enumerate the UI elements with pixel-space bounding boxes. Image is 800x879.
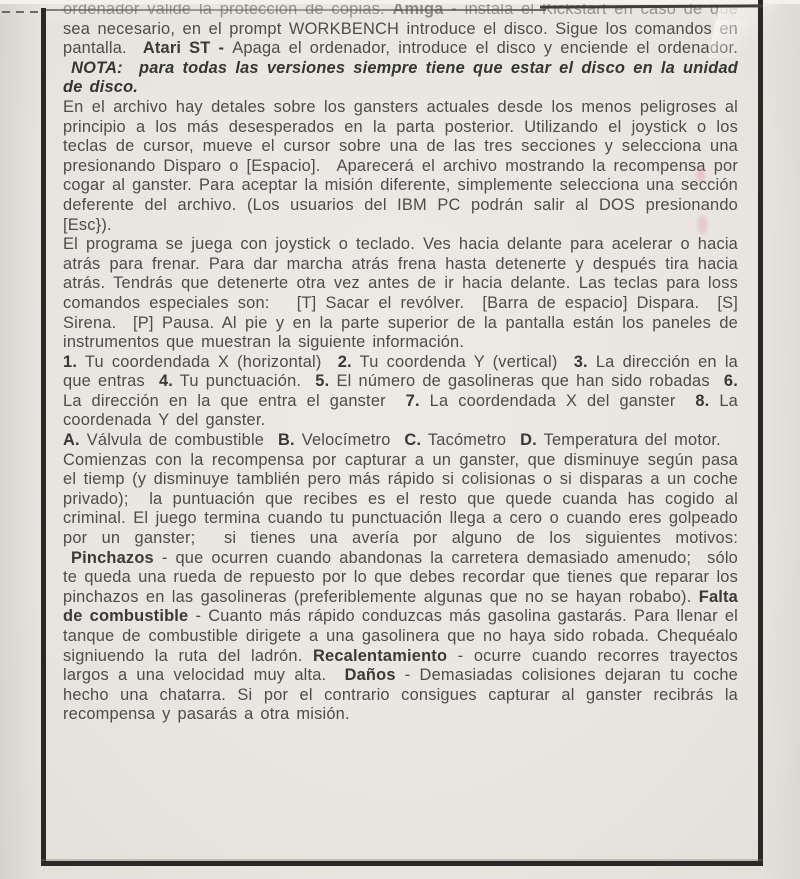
text-run: Temperatura del motor. <box>537 431 721 449</box>
pink-smudge <box>696 168 705 183</box>
text-run: El número de gasolineras que han sido ro… <box>329 372 724 390</box>
text-run-bold: 2. <box>338 353 352 371</box>
paragraph-hud-numbers: 1. Tu coordendada X (horizontal) 2. Tu c… <box>63 353 738 431</box>
scan-edge <box>0 0 800 4</box>
text-run: - que ocurren cuando abandonas la carret… <box>63 549 738 606</box>
text-run-bold: 8. <box>695 392 709 410</box>
text-run-bold: 5. <box>315 372 329 390</box>
text-run-bold: B. <box>278 431 295 449</box>
paragraph-gameplay-rules: Comienzas con la recompensa por capturar… <box>63 451 738 725</box>
text-run-bold-italic: NOTA: para todas las versiones siempre t… <box>63 59 738 97</box>
text-run-bold: 6. <box>724 372 738 390</box>
text-run-bold: 4. <box>159 372 173 390</box>
frame-bottom-border <box>41 861 763 866</box>
manual-text-block: ordenador valide la protección de copias… <box>63 0 738 725</box>
scanned-manual-page: ordenador valide la protección de copias… <box>0 0 800 879</box>
text-run-bold: 1. <box>63 353 77 371</box>
text-run-bold: 7. <box>406 392 420 410</box>
text-run: La coordendada X del ganster <box>420 392 696 410</box>
text-run: Tu punctuación. <box>173 372 315 390</box>
text-run: Tacómetro <box>421 431 520 449</box>
paragraph-controls: El programa se juega con joystick o tecl… <box>63 235 738 353</box>
text-run-bold: 3. <box>574 353 588 371</box>
text-run: Válvula de combustible <box>80 431 278 449</box>
text-run: La dirección en la que entra el ganster <box>63 392 406 410</box>
text-run-bold: A. <box>63 431 80 449</box>
frame-left-border <box>41 8 46 866</box>
text-run-bold: Pinchazos <box>71 549 154 567</box>
paragraph-hud-gauges: A. Válvula de combustible B. Velocímetro… <box>63 431 738 451</box>
text-run-bold: C. <box>404 431 421 449</box>
text-run: En el archivo hay detales sobre los gans… <box>63 98 738 234</box>
text-run: Tu coordendada X (horizontal) <box>77 353 338 371</box>
text-run-bold: Daños <box>345 666 396 684</box>
pink-smudge <box>697 216 708 234</box>
text-run: Tu coordenda Y (vertical) <box>352 353 574 371</box>
text-run-bold: D. <box>520 431 537 449</box>
text-run: Velocímetro <box>295 431 405 449</box>
frame-top-border-dashes <box>2 11 39 13</box>
text-run-bold: Recalentamiento <box>313 647 447 665</box>
text-run: El programa se juega con joystick o tecl… <box>63 235 738 351</box>
paragraph-archive-selection: En el archivo hay detales sobre los gans… <box>63 98 738 235</box>
frame-top-border-left-segment <box>46 9 546 11</box>
text-run-bold: Atari ST - <box>143 39 232 57</box>
frame-right-border <box>758 0 763 866</box>
